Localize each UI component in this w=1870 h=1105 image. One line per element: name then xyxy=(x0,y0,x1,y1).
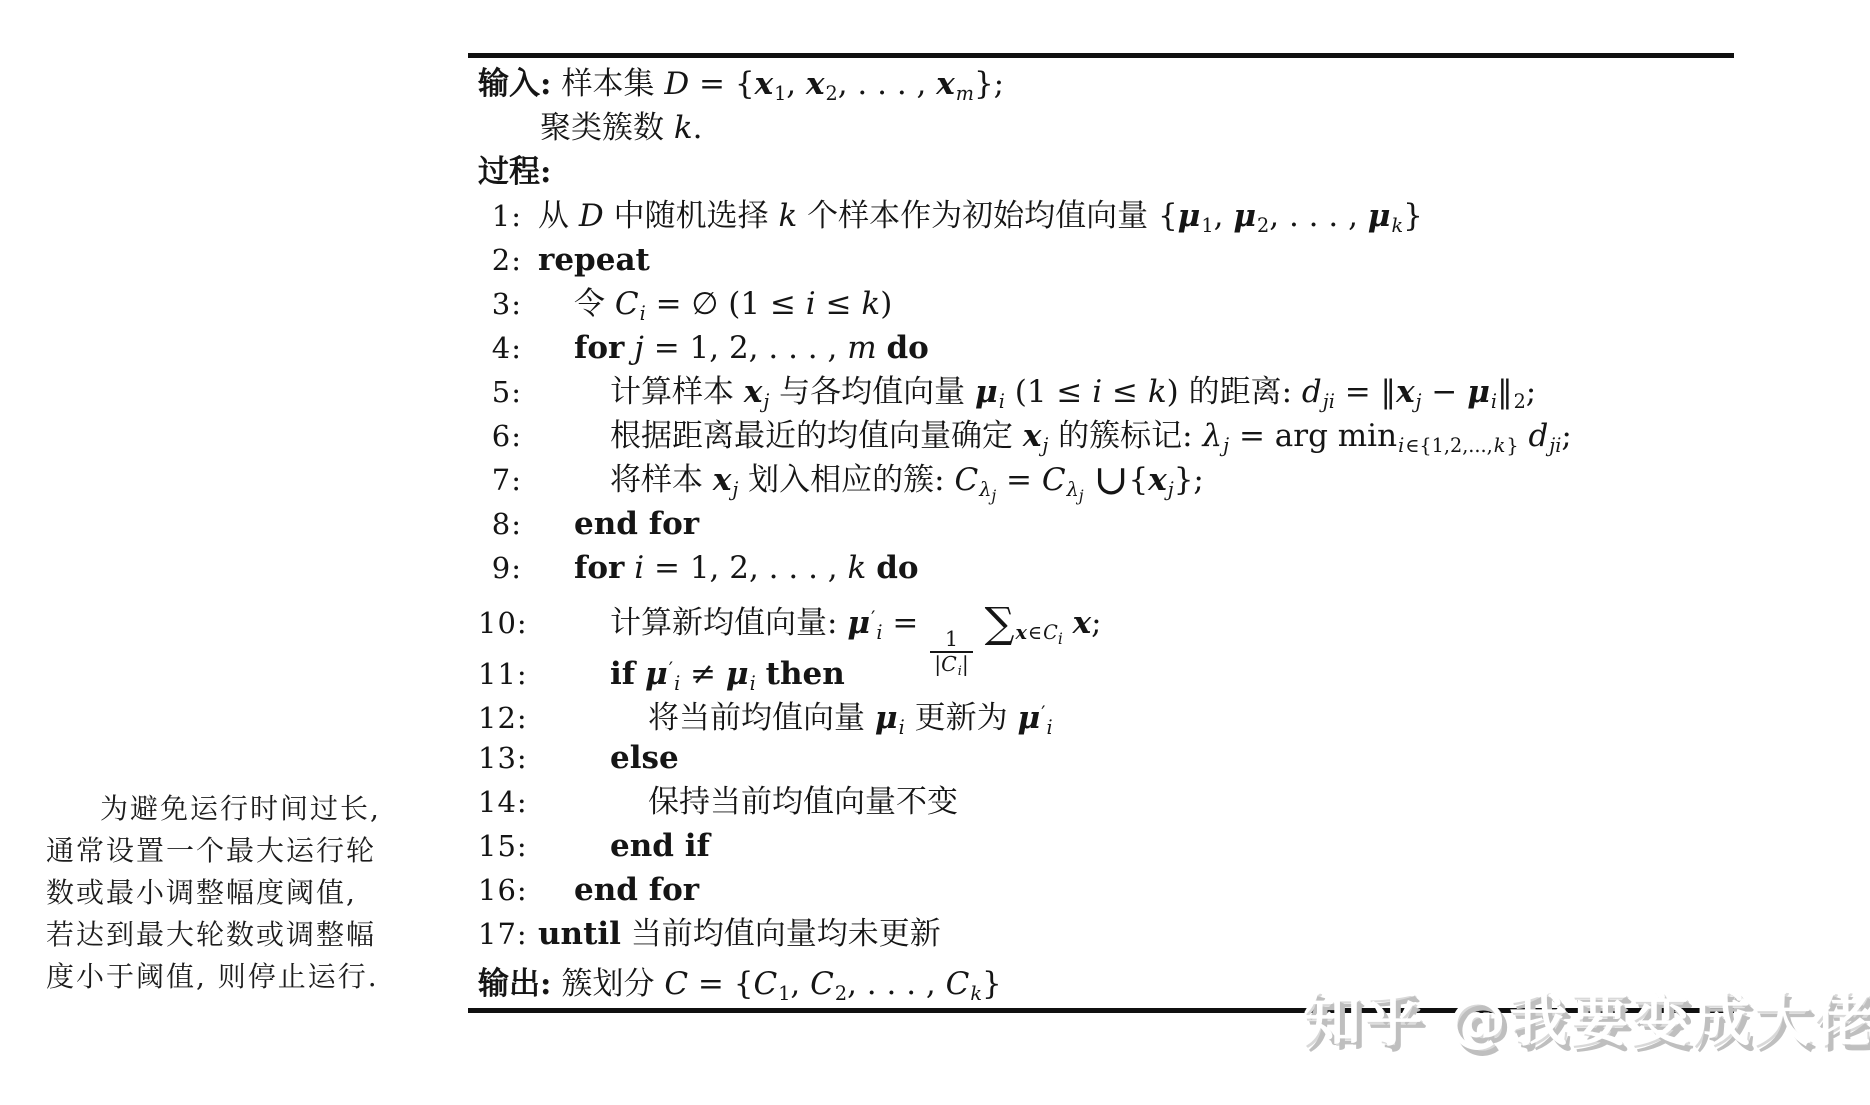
algo-text-segment: end for xyxy=(574,506,699,542)
algo-text-segment: λ xyxy=(1202,418,1222,454)
algo-text-segment: else xyxy=(610,740,679,776)
algo-text-segment: 保持当前均值向量不变 xyxy=(648,784,958,820)
algo-text-segment: i xyxy=(1398,434,1404,457)
algo-text-segment: ) 的距离: xyxy=(1167,374,1302,410)
algo-text-segment: j xyxy=(1079,487,1084,505)
line-number: 10: xyxy=(478,594,522,652)
line-content: 从 D 中随机选择 k 个样本作为初始均值向量 {μ1, μ2, . . . ,… xyxy=(538,194,1423,248)
algo-text-segment: ∑ xyxy=(985,598,1015,647)
line-content: for j = 1, 2, . . . , m do xyxy=(574,326,929,370)
algo-text-segment: ) xyxy=(880,286,892,322)
step-3: 3:令 Ci = ∅ (1 ≤ i ≤ k) xyxy=(478,282,1734,326)
algo-text-segment: i xyxy=(1047,716,1053,739)
algo-text-segment: λ xyxy=(979,478,991,501)
algo-text-segment xyxy=(624,550,634,586)
line-number: 15: xyxy=(478,824,522,868)
algo-text-segment: = ∅ (1 ≤ xyxy=(646,286,806,322)
step-9: 9:for i = 1, 2, . . . , k do xyxy=(478,546,1734,590)
algo-text-segment: } xyxy=(1403,198,1423,234)
algo-text-segment: 当前均值向量均未更新 xyxy=(621,916,941,952)
algo-text-segment: k xyxy=(1391,214,1403,237)
algo-text-segment: 从 xyxy=(538,198,579,234)
algo-text-segment: = 1, 2, . . . , xyxy=(644,330,847,366)
algo-text-segment: repeat xyxy=(538,242,650,278)
line-content: end for xyxy=(574,868,699,912)
algo-text-segment: i xyxy=(1092,374,1102,410)
algo-text-segment: = { xyxy=(689,66,754,102)
line-number: 3: xyxy=(478,282,522,326)
algo-text-segment: ; xyxy=(1091,605,1101,641)
step-15: 15:end if xyxy=(478,824,1734,868)
algo-text-segment: ≤ xyxy=(1102,374,1148,410)
algo-text-segment: μ xyxy=(645,656,668,692)
algo-text-segment: }; xyxy=(1174,462,1204,498)
algo-text-segment: λ xyxy=(1067,478,1079,501)
algo-text-segment: ≠ xyxy=(680,656,726,692)
algo-text-segment: D xyxy=(664,66,689,102)
step-11: 11:if μ′i ≠ μi then xyxy=(478,648,1734,692)
algo-text-segment: }; xyxy=(974,66,1004,102)
line-number: 8: xyxy=(478,502,522,546)
algo-text-segment: { xyxy=(1129,462,1149,498)
algo-text-segment: k xyxy=(778,198,797,234)
step-1: 1:从 D 中随机选择 k 个样本作为初始均值向量 {μ1, μ2, . . .… xyxy=(478,194,1734,238)
input-line-label: 输入: xyxy=(478,66,551,102)
algo-text-segment: 簇划分 xyxy=(561,966,664,1002)
line-number: 12: xyxy=(478,696,522,740)
algo-text-segment: 更新为 xyxy=(905,700,1018,736)
line-content: else xyxy=(610,736,679,780)
algo-text-segment: μ xyxy=(1178,198,1201,234)
algo-text-segment: x xyxy=(806,66,824,102)
algo-text-segment: ∈{1,2,..., xyxy=(1405,434,1493,457)
algo-text-segment: , xyxy=(786,66,806,102)
input-line-2: 聚类簇数 k. xyxy=(478,106,1734,150)
margin-note: 为避免运行时间过长, 通常设置一个最大运行轮 数或最小调整幅度阈值, 若达到最大… xyxy=(46,788,398,998)
algo-text-segment: ≤ xyxy=(816,286,862,322)
algo-text-segment: do xyxy=(876,550,918,586)
line-number: 1: xyxy=(478,194,522,238)
algo-text-segment: until xyxy=(538,916,621,952)
algo-text-segment: 将当前均值向量 xyxy=(648,700,875,736)
line-number: 6: xyxy=(478,414,522,458)
algo-text-segment: k xyxy=(970,982,982,1005)
algo-text-segment: (1 ≤ xyxy=(1005,374,1092,410)
algo-text-segment: ∪ xyxy=(1093,455,1128,504)
line-number: 11: xyxy=(478,652,522,696)
step-10: 10:计算新均值向量: μ′i = 1|Ci| ∑x∈Ci x; xyxy=(478,590,1734,648)
algo-text-segment: C xyxy=(615,286,639,322)
line-content: repeat xyxy=(538,238,650,282)
algo-text-segment: μ xyxy=(975,374,998,410)
algo-text-segment: = 1, 2, . . . , xyxy=(644,550,847,586)
algo-text-segment: μ xyxy=(1467,374,1490,410)
line-number: 13: xyxy=(478,736,522,780)
algo-text-segment: j xyxy=(634,330,644,366)
line-content: 聚类簇数 k. xyxy=(540,106,703,150)
algo-text-segment: μ xyxy=(1017,700,1040,736)
step-12: 12:将当前均值向量 μi 更新为 μ′i xyxy=(478,692,1734,736)
algo-text-segment: − xyxy=(1422,374,1468,410)
line-content: end for xyxy=(574,502,699,546)
algo-text-segment: μ xyxy=(847,605,870,641)
margin-note-line: 通常设置一个最大运行轮 xyxy=(46,830,398,872)
algo-text-segment: } xyxy=(982,966,1002,1002)
algo-text-segment: 2 xyxy=(1514,390,1526,413)
algo-text-segment: 1 xyxy=(1201,214,1213,237)
algo-text-segment: C xyxy=(1043,621,1058,644)
algo-text-segment: , . . . , xyxy=(1269,198,1368,234)
line-number: 17: xyxy=(478,912,522,956)
algo-text-segment: do xyxy=(887,330,929,366)
algo-text-segment: 计算样本 xyxy=(610,374,744,410)
algo-text-segment: ; xyxy=(1561,418,1571,454)
algorithm-box: 输入:样本集 D = {x1, x2, . . . , xm};聚类簇数 k.过… xyxy=(468,53,1734,1013)
algo-text-segment: C xyxy=(810,966,834,1002)
line-number: 5: xyxy=(478,370,522,414)
algo-text-segment: for xyxy=(574,330,624,366)
algo-text-segment: m xyxy=(956,82,974,105)
algo-text-segment: 2 xyxy=(1257,214,1269,237)
algo-text-segment: x xyxy=(1015,621,1026,644)
algo-text-segment: 计算新均值向量: xyxy=(610,605,847,641)
algo-text-segment: 与各均值向量 xyxy=(769,374,975,410)
algo-text-segment: x xyxy=(755,66,773,102)
line-content: end if xyxy=(610,824,710,868)
process-line-label: 过程: xyxy=(478,154,551,190)
line-number: 2: xyxy=(478,238,522,282)
algo-text-segment: ji xyxy=(1323,390,1335,413)
watermark: 知乎 @我要变成大佬 xyxy=(1303,984,1870,1056)
step-14: 14:保持当前均值向量不变 xyxy=(478,780,1734,824)
algo-text-segment: μ xyxy=(1368,198,1391,234)
algo-text-segment: C xyxy=(753,966,777,1002)
fraction: 1|Ci| xyxy=(930,628,972,678)
line-number: 16: xyxy=(478,868,522,912)
algo-text-segment: = { xyxy=(688,966,753,1002)
algo-text-segment: ; xyxy=(1526,374,1536,410)
line-content: 保持当前均值向量不变 xyxy=(648,780,958,824)
algo-text-segment: | xyxy=(962,652,969,676)
algo-text-segment: 2 xyxy=(825,82,837,105)
algo-text-segment: ‖ xyxy=(1497,374,1513,410)
algo-text-segment: x xyxy=(1073,605,1091,641)
algo-text-segment xyxy=(756,656,766,692)
algo-text-segment: i xyxy=(634,550,644,586)
page: { "theme": { "ink": "#151515", "rule_col… xyxy=(0,0,1870,1105)
input-line: 输入:样本集 D = {x1, x2, . . . , xm}; xyxy=(478,62,1734,106)
algo-text-segment: d xyxy=(1528,418,1548,454)
algorithm-body: 输入:样本集 D = {x1, x2, . . . , xm};聚类簇数 k.过… xyxy=(468,58,1734,1008)
algo-text-segment: C xyxy=(941,652,957,676)
algo-text-segment: i xyxy=(806,286,816,322)
step-4: 4:for j = 1, 2, . . . , m do xyxy=(478,326,1734,370)
algo-text-segment: x xyxy=(1023,418,1041,454)
algo-text-segment: m xyxy=(847,330,876,366)
line-content: for i = 1, 2, . . . , k do xyxy=(574,546,919,590)
algo-text-segment: end for xyxy=(574,872,699,908)
algo-text-segment: C xyxy=(954,462,978,498)
line-content: 将当前均值向量 μi 更新为 μ′i xyxy=(648,692,1053,750)
algo-text-segment: } xyxy=(1506,434,1518,457)
algo-text-segment: C xyxy=(946,966,970,1002)
algo-text-segment: x xyxy=(1148,462,1166,498)
algo-text-segment: C xyxy=(1042,462,1066,498)
algo-text-segment: 中随机选择 xyxy=(604,198,779,234)
step-13: 13:else xyxy=(478,736,1734,780)
algo-text-segment: x xyxy=(713,462,731,498)
algo-text-segment: 令 xyxy=(574,286,615,322)
algo-text-segment: D xyxy=(579,198,604,234)
algo-text-segment: 的簇标记: xyxy=(1048,418,1202,454)
margin-note-line: 度小于阈值, 则停止运行. xyxy=(46,956,398,998)
algo-text-segment xyxy=(877,330,887,366)
algo-text-segment: μ xyxy=(726,656,749,692)
algo-text-segment: k xyxy=(848,550,867,586)
algo-text-segment: μ xyxy=(875,700,898,736)
algo-text-segment: x xyxy=(1396,374,1414,410)
algo-text-segment: d xyxy=(1302,374,1322,410)
algo-text-segment xyxy=(866,550,876,586)
algo-text-segment: 1 xyxy=(945,627,958,651)
algo-text-segment xyxy=(1084,462,1094,498)
line-content: 将样本 xj 划入相应的簇: Cλj = Cλj ∪{xj}; xyxy=(610,458,1204,518)
algo-text-segment: 聚类簇数 xyxy=(540,110,674,146)
algo-text-segment: , xyxy=(1214,198,1234,234)
step-6: 6:根据距离最近的均值向量确定 xj 的簇标记: λj = arg mini∈{… xyxy=(478,414,1734,458)
algo-text-segment: , . . . , xyxy=(838,66,937,102)
algo-text-segment: x xyxy=(744,374,762,410)
algo-text-segment: k xyxy=(1148,374,1167,410)
algo-text-segment: 2 xyxy=(835,982,847,1005)
line-number: 4: xyxy=(478,326,522,370)
step-16: 16:end for xyxy=(478,868,1734,912)
algo-text-segment: ji xyxy=(1549,434,1561,457)
algo-text-segment: ′ xyxy=(669,658,673,681)
algo-text-segment: end if xyxy=(610,828,710,864)
algo-text-segment: = arg min xyxy=(1229,418,1397,454)
step-17: 17:until 当前均值向量均未更新 xyxy=(478,912,1734,956)
algo-text-segment: k xyxy=(861,286,880,322)
algo-text-segment: ∈ xyxy=(1028,621,1042,644)
algo-text-segment xyxy=(635,656,645,692)
process-line: 过程: xyxy=(478,150,1734,194)
algo-text-segment: ′ xyxy=(1041,702,1045,725)
algo-text-segment: C xyxy=(664,966,688,1002)
algo-text-segment: 根据距离最近的均值向量确定 xyxy=(610,418,1023,454)
algo-text-segment: if xyxy=(610,656,635,692)
algo-text-segment: , . . . , xyxy=(847,966,946,1002)
algo-text-segment: then xyxy=(766,656,845,692)
line-number: 9: xyxy=(478,546,522,590)
line-content: until 当前均值向量均未更新 xyxy=(538,912,941,956)
step-5: 5:计算样本 xj 与各均值向量 μi (1 ≤ i ≤ k) 的距离: dji… xyxy=(478,370,1734,414)
algo-text-segment: , xyxy=(790,966,810,1002)
algo-text-segment: 样本集 xyxy=(561,66,664,102)
algo-text-segment: ′ xyxy=(871,607,875,630)
algo-text-segment: 1 xyxy=(774,82,786,105)
output-line-label: 输出: xyxy=(478,966,551,1002)
algo-text-segment: μ xyxy=(1233,198,1256,234)
algo-text-segment: 个样本作为初始均值向量 { xyxy=(797,198,1177,234)
algo-text-segment xyxy=(624,330,634,366)
algo-text-segment xyxy=(1519,418,1529,454)
algo-text-segment xyxy=(975,605,985,641)
margin-note-line: 若达到最大轮数或调整幅 xyxy=(46,914,398,956)
algo-text-segment: = ‖ xyxy=(1335,374,1396,410)
algo-text-segment: = xyxy=(883,605,929,641)
margin-note-line: 数或最小调整幅度阈值, xyxy=(46,872,398,914)
algo-text-segment: k xyxy=(674,110,693,146)
algo-text-segment: . xyxy=(693,110,703,146)
algo-text-segment: for xyxy=(574,550,624,586)
line-number: 7: xyxy=(478,458,522,502)
algo-text-segment: 1 xyxy=(778,982,790,1005)
algo-text-segment: k xyxy=(1494,434,1506,457)
algo-text-segment: 划入相应的簇: xyxy=(738,462,954,498)
algo-text-segment xyxy=(1063,605,1073,641)
algo-text-segment: 将样本 xyxy=(610,462,713,498)
line-number: 14: xyxy=(478,780,522,824)
algo-text-segment: = xyxy=(996,462,1042,498)
margin-note-line: 为避免运行时间过长, xyxy=(46,788,398,830)
algo-text-segment: x xyxy=(936,66,954,102)
